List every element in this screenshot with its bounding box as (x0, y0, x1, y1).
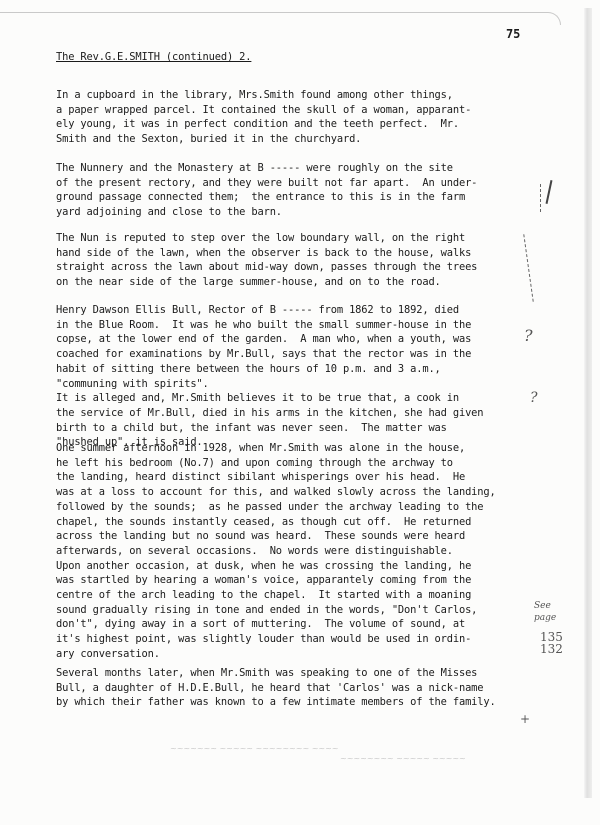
text-line: the service of Mr.Bull, died in his arms… (56, 406, 483, 420)
text-line: coached for examinations by Mr.Bull, say… (56, 347, 471, 361)
page-number: 75 (506, 27, 520, 41)
margin-annotation: ? (524, 326, 533, 345)
text-line: The Nun is reputed to step over the low … (56, 231, 465, 245)
text-line: yard adjoining and close to the barn. (56, 205, 282, 219)
text-line: It is alleged and, Mr.Smith believes it … (56, 391, 459, 405)
text-line: he left his bedroom (No.7) and upon comi… (56, 456, 453, 470)
margin-annotation: 132 (540, 642, 563, 656)
text-line: In a cupboard in the library, Mrs.Smith … (56, 88, 453, 102)
page-edge (0, 12, 561, 25)
text-line: Smith and the Sexton, buried it in the c… (56, 132, 361, 146)
text-line: the landing, heard distinct sibilant whi… (56, 470, 465, 484)
text-line: Several months later, when Mr.Smith was … (56, 666, 477, 680)
margin-annotation: See page (534, 600, 564, 624)
document-page: 75 The Rev.G.E.SMITH (continued) 2. In a… (0, 0, 600, 825)
text-line: centre of the arch leading to the chapel… (56, 588, 471, 602)
text-line: Bull, a daughter of H.D.E.Bull, he heard… (56, 681, 483, 695)
margin-mark (540, 184, 541, 212)
margin-annotation: + (520, 712, 530, 726)
binding-shadow (584, 8, 592, 798)
text-line: birth to a child but, the infant was nev… (56, 421, 447, 435)
margin-mark (546, 180, 553, 204)
text-line: hand side of the lawn, when the observer… (56, 246, 471, 260)
bleed-through-text: ~~~~~~~~ ~~~~~ ~~~~~ (340, 754, 466, 763)
text-line: straight across the lawn about mid-way d… (56, 260, 477, 274)
text-line: afterwards, on several occasions. No wor… (56, 544, 453, 558)
text-line: in the Blue Room. It was he who built th… (56, 318, 471, 332)
text-line: chapel, the sounds instantly ceased, as … (56, 515, 471, 529)
text-line: by which their father was known to a few… (56, 695, 496, 709)
page-heading: The Rev.G.E.SMITH (continued) 2. (56, 51, 251, 63)
text-line: Henry Dawson Ellis Bull, Rector of B ---… (56, 303, 459, 317)
text-line: ely young, it was in perfect condition a… (56, 117, 459, 131)
text-line: don't", dying away in a sort of mutterin… (56, 617, 465, 631)
text-line: The Nunnery and the Monastery at B -----… (56, 161, 453, 175)
text-line: copse, at the lower end of the garden. A… (56, 332, 471, 346)
margin-annotation: ? (530, 390, 538, 406)
text-line: on the near side of the large summer-hou… (56, 275, 441, 289)
text-line: One summer afternoon in 1928, when Mr.Sm… (56, 441, 465, 455)
text-line: sound gradually rising in tone and ended… (56, 603, 477, 617)
text-line: ary conversation. (56, 647, 160, 661)
text-line: was at a loss to account for this, and w… (56, 485, 496, 499)
text-line: across the landing but no sound was hear… (56, 529, 465, 543)
text-line: Upon another occasion, at dusk, when he … (56, 559, 471, 573)
text-line: "communing with spirits". (56, 377, 209, 391)
text-line: followed by the sounds; as he passed und… (56, 500, 483, 514)
margin-mark (523, 234, 533, 301)
text-line: of the present rectory, and they were bu… (56, 176, 477, 190)
text-line: a paper wrapped parcel. It contained the… (56, 103, 471, 117)
text-line: it's highest point, was slightly louder … (56, 632, 471, 646)
text-line: was startled by hearing a woman's voice,… (56, 573, 471, 587)
text-line: ground passage connected them; the entra… (56, 190, 465, 204)
bleed-through-text: ~~~~~~~ ~~~~~ ~~~~~~~~ ~~~~ (170, 744, 339, 753)
text-line: habit of sitting there between the hours… (56, 362, 441, 376)
